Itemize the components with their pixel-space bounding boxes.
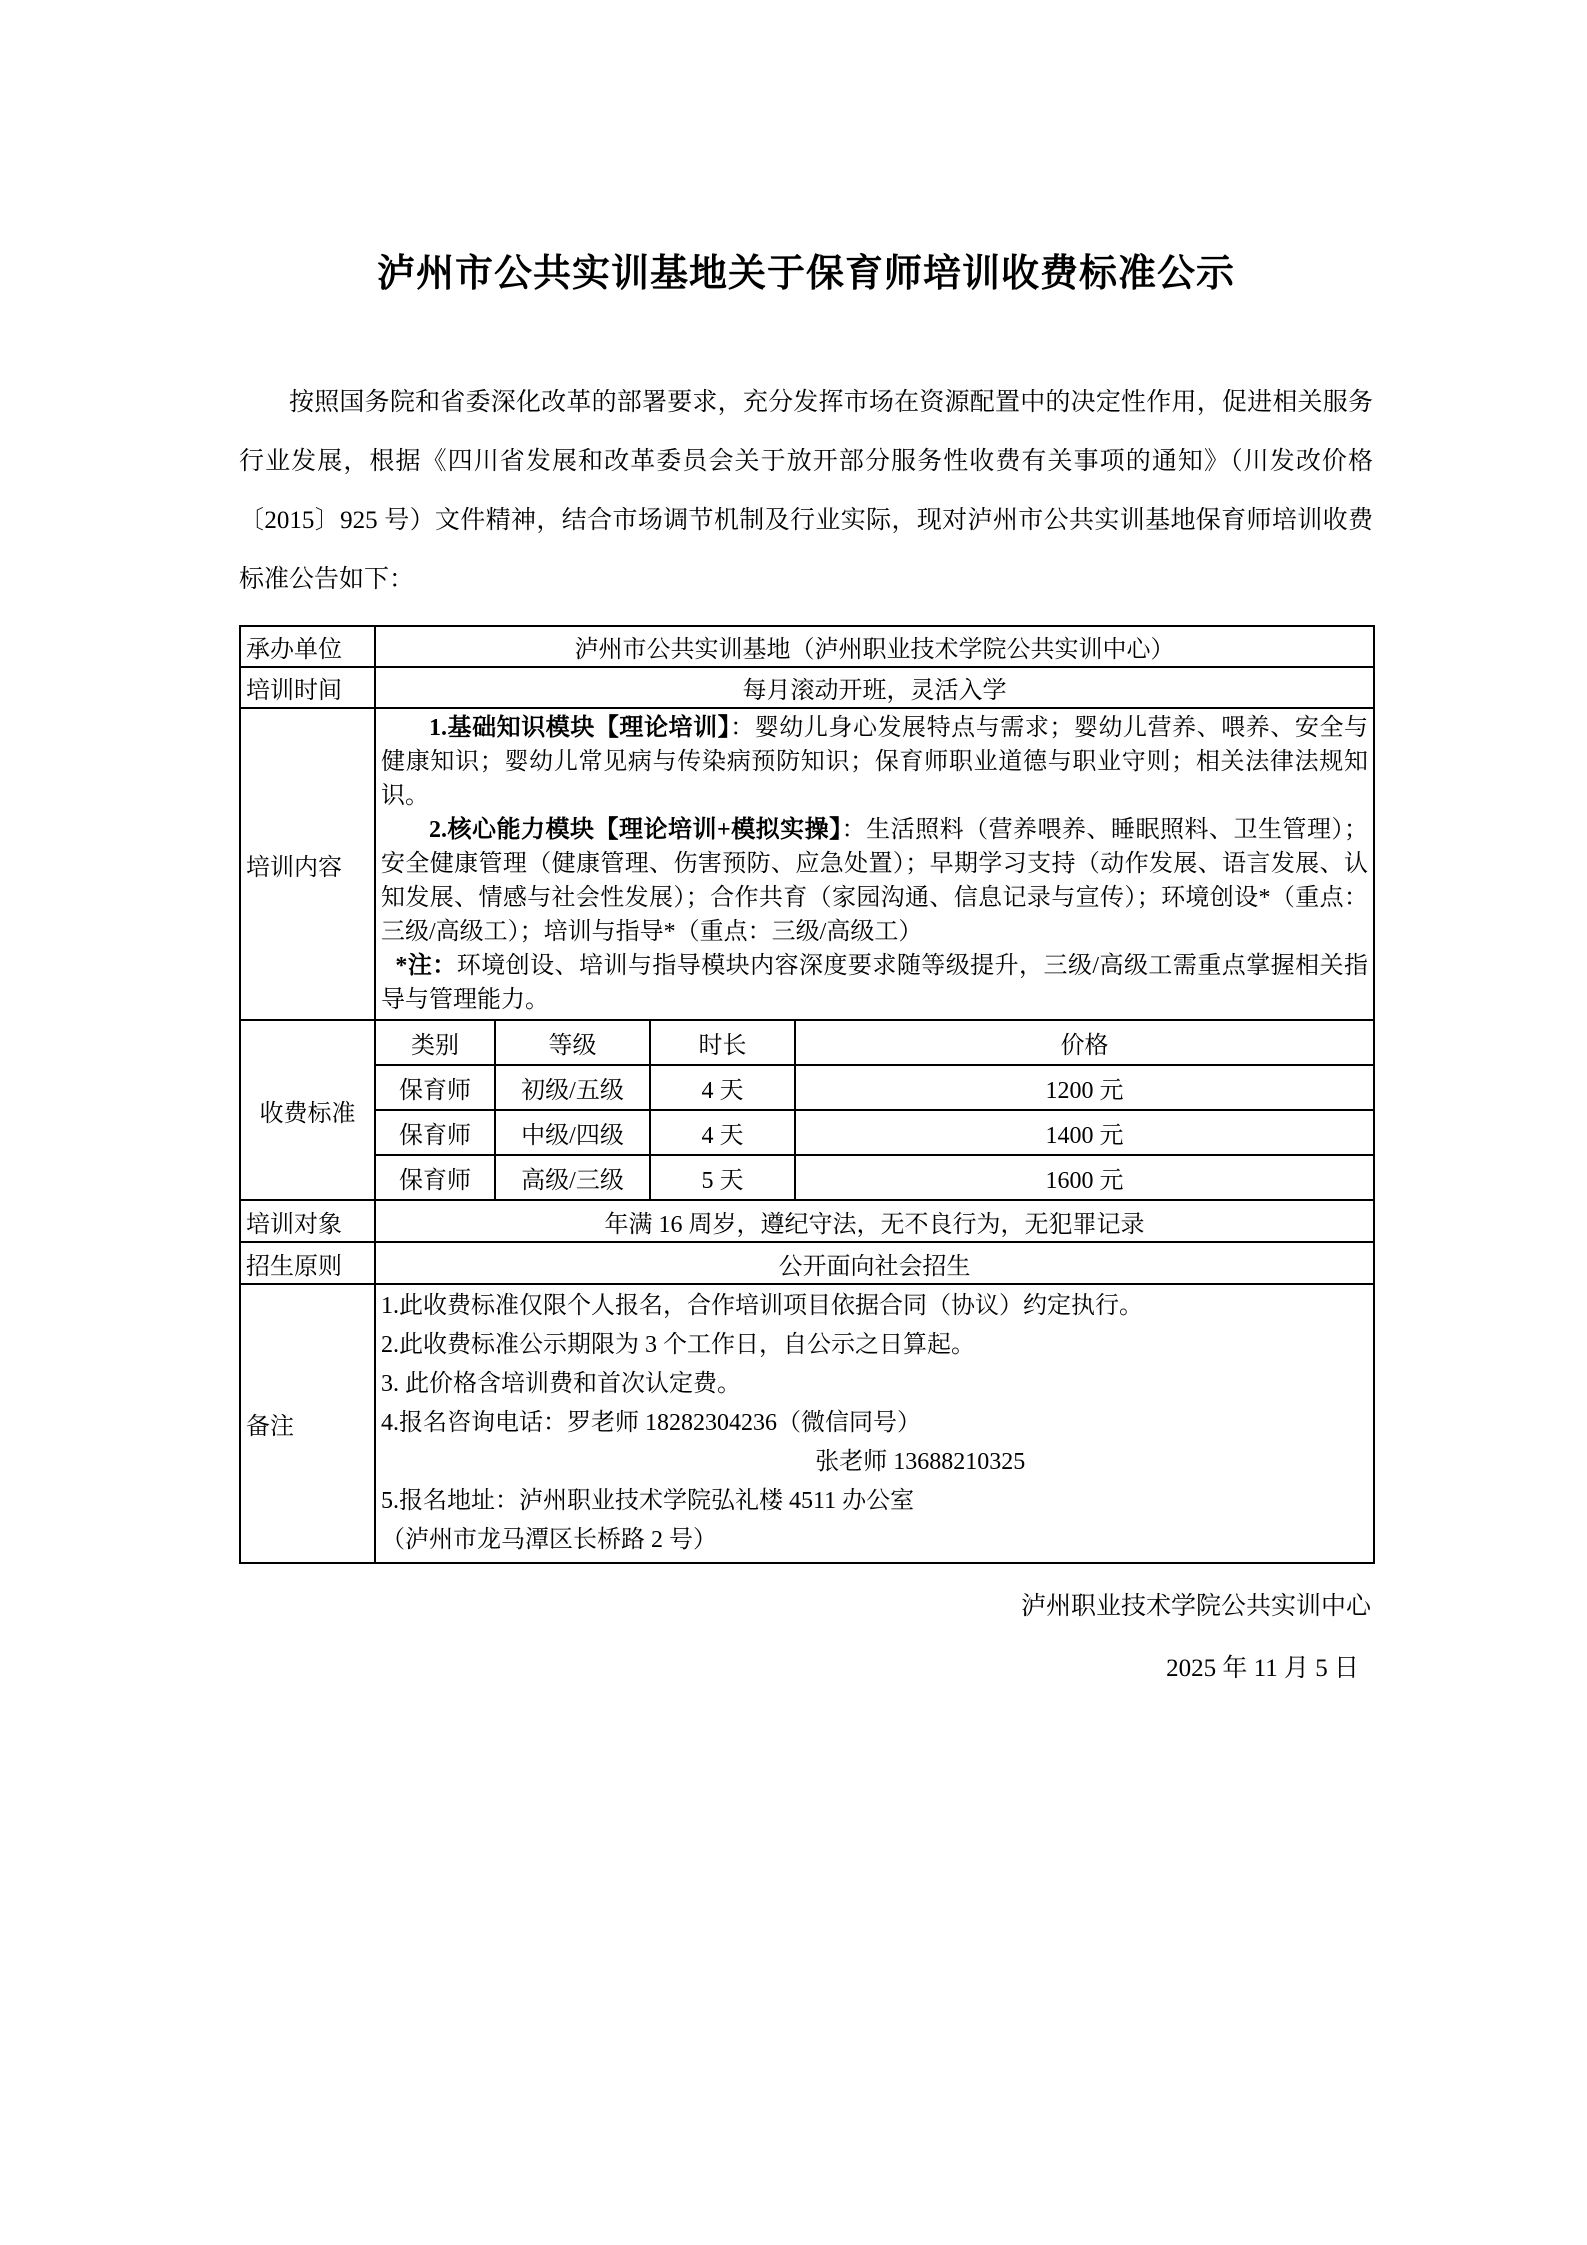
fee-header-category: 类别	[375, 1020, 495, 1065]
schedule-value: 每月滚动开班，灵活入学	[375, 667, 1374, 708]
module-1-title: 1.基础知识模块【理论培训】	[429, 715, 730, 741]
table-row-training-content: 培训内容 1.基础知识模块【理论培训】：婴幼儿身心发展特点与需求；婴幼儿营养、喂…	[240, 708, 1374, 1020]
fee-1-level: 初级/五级	[495, 1065, 650, 1110]
note-title: *注：	[395, 953, 456, 979]
remark-item-4: 4.报名咨询电话：罗老师 18282304236（微信同号）	[381, 1404, 1368, 1443]
signature-date: 2025 年 11 月 5 日	[239, 1648, 1373, 1684]
audience-value: 年满 16 周岁，遵纪守法，无不良行为，无犯罪记录	[375, 1200, 1374, 1242]
remark-item-4b: 张老师 13688210325	[381, 1443, 1368, 1482]
remark-item-2: 2.此收费标准公示期限为 3 个工作日，自公示之日算起。	[381, 1326, 1368, 1365]
fee-header-row: 收费标准 类别 等级 时长 价格	[240, 1020, 1374, 1065]
intro-paragraph: 按照国务院和省委深化改革的部署要求，充分发挥市场在资源配置中的决定性作用，促进相…	[239, 373, 1373, 609]
training-content-label: 培训内容	[240, 708, 375, 1020]
page-title: 泸州市公共实训基地关于保育师培训收费标准公示	[239, 0, 1373, 299]
module-2-title: 2.核心能力模块【理论培训+模拟实操】	[429, 817, 842, 843]
recruitment-value: 公开面向社会招生	[375, 1242, 1374, 1284]
schedule-label: 培训时间	[240, 667, 375, 708]
organizer-label: 承办单位	[240, 626, 375, 667]
signature-org: 泸州职业技术学院公共实训中心	[239, 1586, 1373, 1622]
audience-label: 培训对象	[240, 1200, 375, 1242]
fee-row-3: 保育师 高级/三级 5 天 1600 元	[240, 1155, 1374, 1200]
fee-row-2: 保育师 中级/四级 4 天 1400 元	[240, 1110, 1374, 1155]
fee-3-price: 1600 元	[795, 1155, 1374, 1200]
table-row-schedule: 培训时间 每月滚动开班，灵活入学	[240, 667, 1374, 708]
recruitment-label: 招生原则	[240, 1242, 375, 1284]
fee-header-duration: 时长	[650, 1020, 795, 1065]
fee-row-1: 保育师 初级/五级 4 天 1200 元	[240, 1065, 1374, 1110]
table-row-recruitment: 招生原则 公开面向社会招生	[240, 1242, 1374, 1284]
remark-item-5b: （泸州市龙马潭区长桥路 2 号）	[381, 1521, 1368, 1560]
remark-item-3: 3. 此价格含培训费和首次认定费。	[381, 1365, 1368, 1404]
fee-3-duration: 5 天	[650, 1155, 795, 1200]
fee-1-price: 1200 元	[795, 1065, 1374, 1110]
fee-2-price: 1400 元	[795, 1110, 1374, 1155]
content-module-2: 2.核心能力模块【理论培训+模拟实操】：生活照料（营养喂养、睡眠照料、卫生管理）…	[381, 813, 1368, 949]
remarks-value: 1.此收费标准仅限个人报名，合作培训项目依据合同（协议）约定执行。 2.此收费标…	[375, 1284, 1374, 1563]
table-row-audience: 培训对象 年满 16 周岁，遵纪守法，无不良行为，无犯罪记录	[240, 1200, 1374, 1242]
remark-item-5: 5.报名地址：泸州职业技术学院弘礼楼 4511 办公室	[381, 1482, 1368, 1521]
content-note: *注：环境创设、培训与指导模块内容深度要求随等级提升，三级/高级工需重点掌握相关…	[381, 949, 1368, 1017]
table-row-remarks: 备注 1.此收费标准仅限个人报名，合作培训项目依据合同（协议）约定执行。 2.此…	[240, 1284, 1374, 1563]
fee-3-level: 高级/三级	[495, 1155, 650, 1200]
fee-header-price: 价格	[795, 1020, 1374, 1065]
table-row-organizer: 承办单位 泸州市公共实训基地（泸州职业技术学院公共实训中心）	[240, 626, 1374, 667]
remark-item-1: 1.此收费标准仅限个人报名，合作培训项目依据合同（协议）约定执行。	[381, 1287, 1368, 1326]
fee-1-duration: 4 天	[650, 1065, 795, 1110]
remarks-label: 备注	[240, 1284, 375, 1563]
training-content-value: 1.基础知识模块【理论培训】：婴幼儿身心发展特点与需求；婴幼儿营养、喂养、安全与…	[375, 708, 1374, 1020]
fee-2-category: 保育师	[375, 1110, 495, 1155]
document-page: { "page": { "title": "泸州市公共实训基地关于保育师培训收费…	[0, 0, 1587, 2245]
fees-label: 收费标准	[240, 1020, 375, 1200]
fee-2-duration: 4 天	[650, 1110, 795, 1155]
document-content: 泸州市公共实训基地关于保育师培训收费标准公示 按照国务院和省委深化改革的部署要求…	[239, 0, 1373, 1684]
fee-2-level: 中级/四级	[495, 1110, 650, 1155]
fee-header-level: 等级	[495, 1020, 650, 1065]
note-body: 环境创设、培训与指导模块内容深度要求随等级提升，三级/高级工需重点掌握相关指导与…	[381, 953, 1368, 1013]
fee-1-category: 保育师	[375, 1065, 495, 1110]
fee-3-category: 保育师	[375, 1155, 495, 1200]
organizer-value: 泸州市公共实训基地（泸州职业技术学院公共实训中心）	[375, 626, 1374, 667]
fee-standard-table: 承办单位 泸州市公共实训基地（泸州职业技术学院公共实训中心） 培训时间 每月滚动…	[239, 625, 1375, 1564]
signature-block: 泸州职业技术学院公共实训中心 2025 年 11 月 5 日	[239, 1586, 1373, 1684]
content-module-1: 1.基础知识模块【理论培训】：婴幼儿身心发展特点与需求；婴幼儿营养、喂养、安全与…	[381, 711, 1368, 813]
